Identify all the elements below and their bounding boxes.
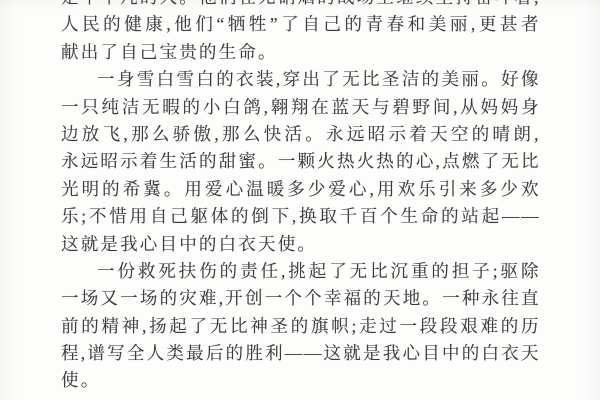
text-line: 光明的希冀。用爱心温暖多少爱心,用欢乐引来多少欢 [61,176,540,203]
text-line: 人民的健康,他们“牺牲”了自己的青春和美丽,更甚者 [61,11,540,38]
text-line: 前的精神,扬起了无比神圣的旗帜;走过一段段艰难的历 [61,313,540,340]
text-line: 永远昭示着生活的甜蜜。一颗火热火热的心,点燃了无比 [61,148,540,175]
text-line: 一场又一场的灾难,开创一个个幸福的天地。一种永往直 [61,285,540,312]
text-line: 献出了自己宝贵的生命。 [61,39,540,66]
text-line: 一只纯洁无暇的小白鸽,翱翔在蓝天与碧野间,从妈妈身 [61,94,540,121]
text-line: 这就是我心目中的白衣天使。 [61,231,540,258]
text-line: 使。 [61,367,540,394]
text-line: 边放飞,那么骄傲,那么快活。永远昭示着天空的晴朗, [61,121,540,148]
text-line: 程,谱写全人类最后的胜利——这就是我心目中的白衣天 [61,340,540,367]
document-page: 是不平凡的人。他们在无硝烟的战场上继续坚持奋斗着,为了 人民的健康,他们“牺牲”… [61,0,540,395]
text-line: 是不平凡的人。他们在无硝烟的战场上继续坚持奋斗着,为了 [61,0,540,11]
text-line paragraph-start: 一份救死扶伤的责任,挑起了无比沉重的担子;驱除 [61,258,540,285]
text-line paragraph-start: 一身雪白雪白的衣装,穿出了无比圣洁的美丽。好像 [61,66,540,93]
text-line: 乐;不惜用自己躯体的倒下,换取千百个生命的站起—— [61,203,540,230]
